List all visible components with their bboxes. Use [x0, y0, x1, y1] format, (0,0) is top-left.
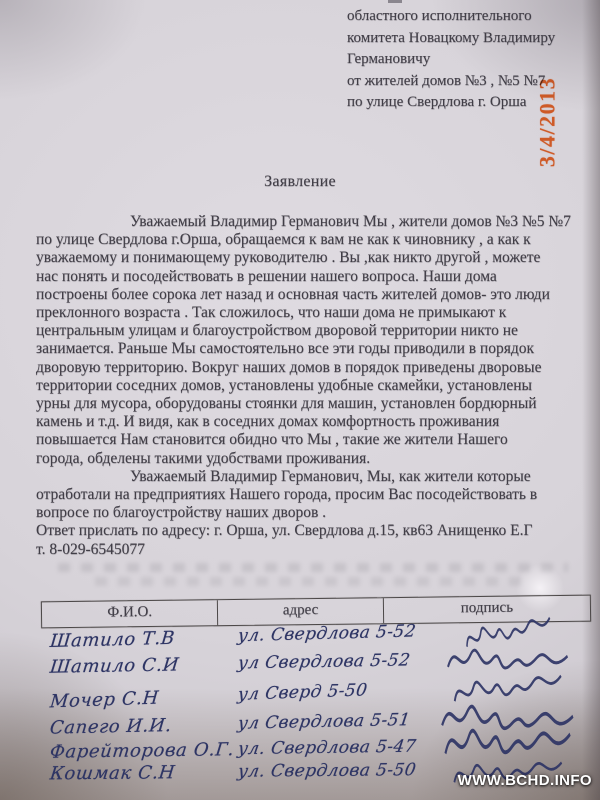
- signatory-name: Мочер С.Н: [49, 685, 239, 713]
- body-line: построены более сорока лет назад и основ…: [36, 286, 570, 304]
- signatory-address: ул Свердлова 5-52: [237, 650, 452, 674]
- signatory-name: Кошмак С.Н: [49, 762, 239, 785]
- body-line: города, обделены такими удобствами прожи…: [36, 450, 570, 468]
- signatory-address: ул. Свердлова 5-52: [237, 621, 452, 647]
- body-line: преклонного возраста . Так сложилось, чт…: [36, 304, 570, 322]
- body-line: по улице Свердлова г.Орша, обращаемся к …: [36, 231, 570, 249]
- addressee-line: комитета Новацкому Владимиру: [347, 28, 595, 50]
- cut-off-line-fragment: [388, 0, 402, 3]
- reply-line: т. 8-029-6545077: [36, 541, 570, 559]
- paragraph-2: Уважаемый Владимир Германович, Мы, как ж…: [36, 468, 570, 523]
- signatory-name: Фарейторова О.Г.: [49, 739, 239, 763]
- body-line: территории соседних домов, установлены у…: [36, 377, 570, 395]
- reply-address-block: Ответ прислать по адресу: г. Орша, ул. С…: [36, 522, 570, 558]
- body-line: Уважаемый Владимир Германович Мы , жител…: [36, 213, 570, 231]
- signatory-address: ул Сверд 5-50: [237, 677, 451, 704]
- body-line: дворовую территорию. Вокруг наших домов …: [36, 359, 570, 377]
- site-watermark: WWW.BCHD.INFO: [458, 772, 592, 789]
- body-line: занимается. Раньше Мы самостоятельно все…: [36, 340, 570, 358]
- ink-bleed-through: [58, 563, 568, 572]
- body-line: центральным улицам и благоустройством дв…: [36, 322, 570, 340]
- ink-bleed-through: [95, 577, 525, 586]
- signatory-address: ул. Свердлова 5-47: [237, 736, 452, 759]
- body-line: нас понять и посодействовать в решении н…: [36, 268, 570, 286]
- reply-line: Ответ прислать по адресу: г. Орша, ул. С…: [36, 522, 570, 540]
- signatory-name: Сапего И.И.: [49, 714, 239, 739]
- signatory-address: ул. Свердлова 5-50: [236, 760, 451, 782]
- addressee-line: областного исполнительного: [347, 6, 595, 28]
- body-line: отработали на предприятиях Нашего города…: [36, 486, 570, 504]
- date-stamp: 3/4/2013: [535, 55, 561, 190]
- signatory-name: Шатило С.И: [49, 653, 239, 677]
- body-line: урны для мусора, оборудованы стоянки для…: [36, 395, 570, 413]
- body-line: уважаемому и понимающему руководителю . …: [36, 249, 570, 267]
- photographed-petition-document: областного исполнительного комитета Нова…: [0, 0, 600, 800]
- signatory-name: Шатило Т.В: [49, 626, 239, 652]
- column-header-address: адрес: [218, 598, 384, 625]
- body-line: вопросе по благоустройству наших дворов …: [36, 504, 570, 522]
- paragraph-1: Уважаемый Владимир Германович Мы , жител…: [36, 213, 570, 468]
- letter-body: Уважаемый Владимир Германович Мы , жител…: [36, 213, 570, 559]
- body-line: камень и т.д. И видя, как в соседних дом…: [36, 413, 570, 431]
- body-line: Уважаемый Владимир Германович, Мы, как ж…: [36, 468, 570, 486]
- signatory-address: ул Свердлова 5-51: [237, 709, 452, 734]
- body-line: повышается Нам становится обидно что Мы …: [36, 431, 570, 449]
- signature-rows: Шатило Т.В ул. Свердлова 5-52 Шатило С.И…: [40, 624, 596, 789]
- document-title: Заявление: [0, 173, 600, 191]
